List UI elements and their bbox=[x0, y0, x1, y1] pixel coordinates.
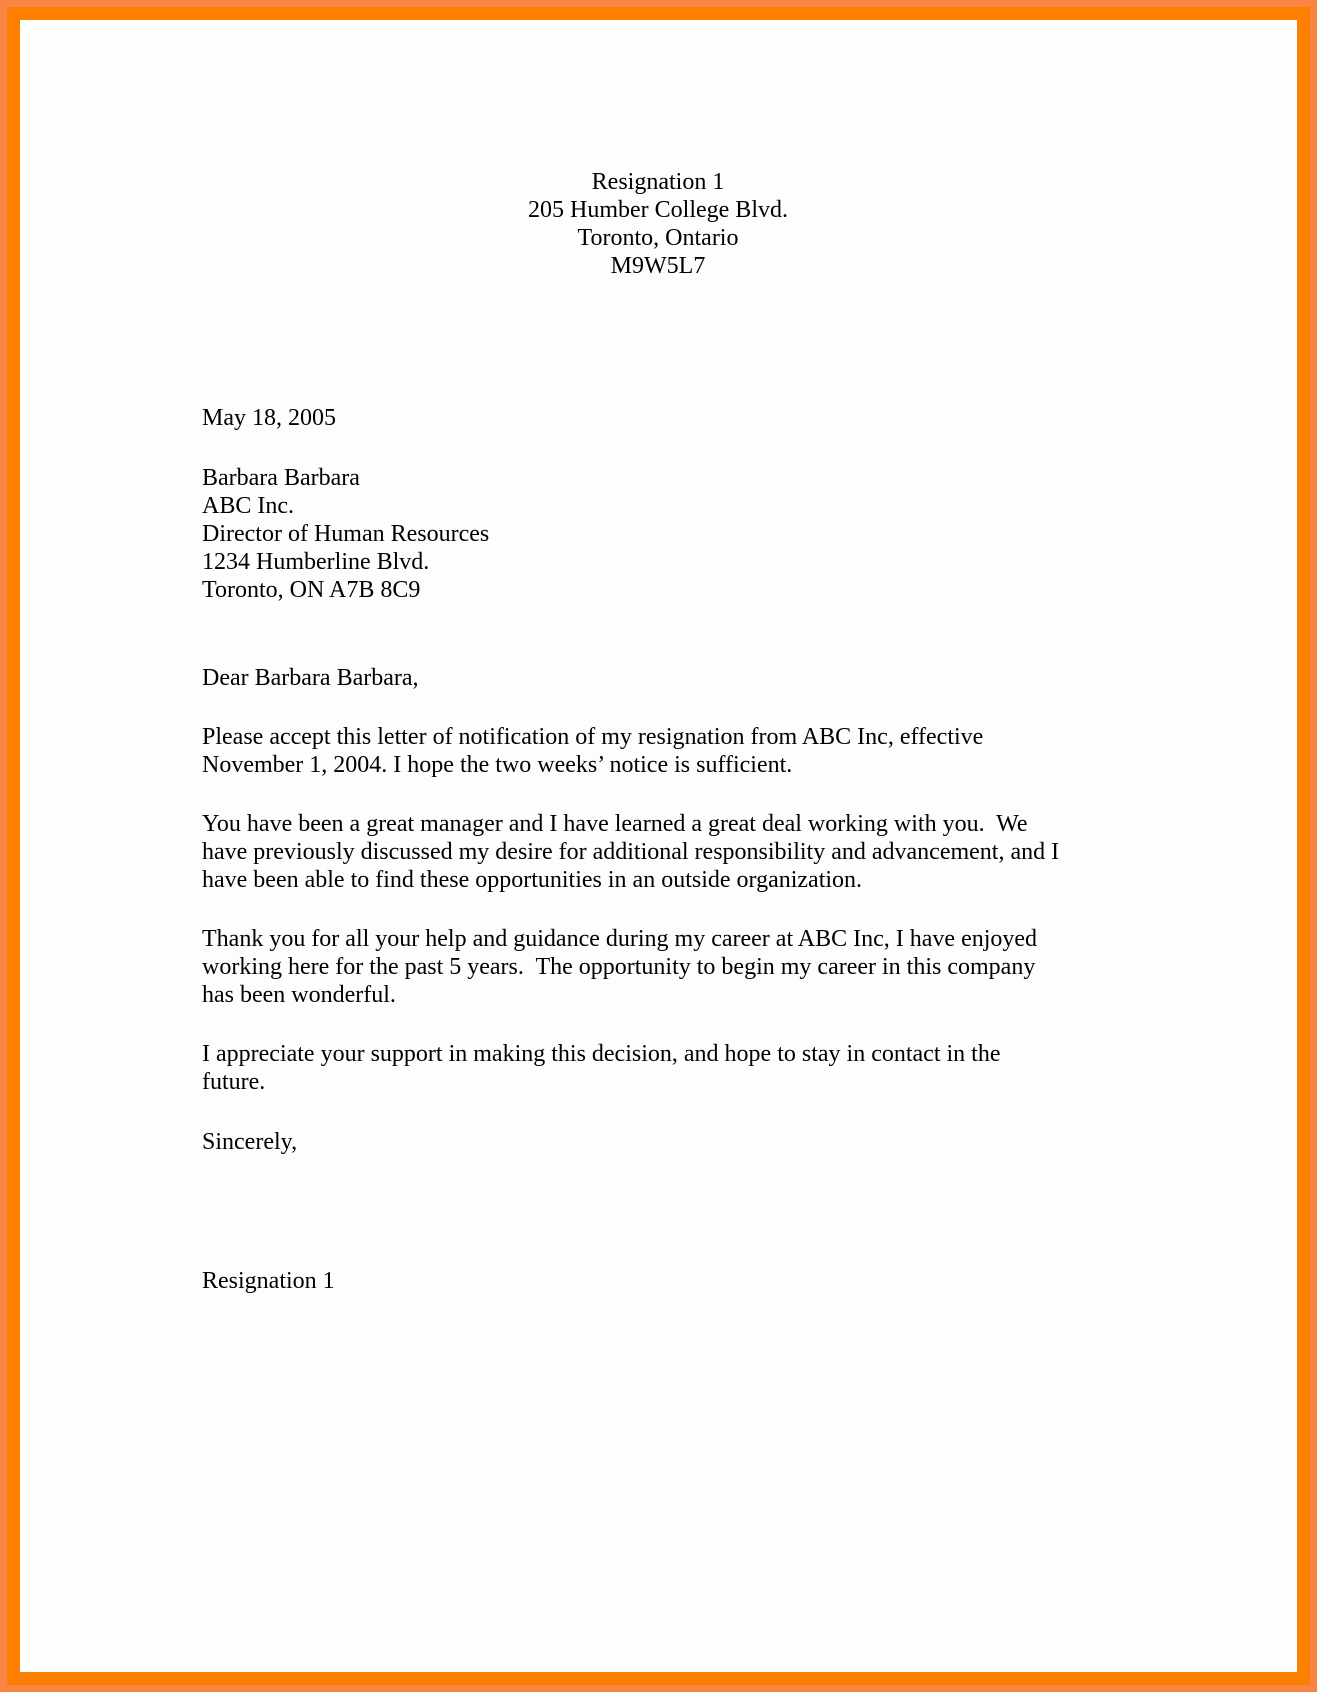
inner-border-frame: Resignation 1 205 Humber College Blvd. T… bbox=[7, 7, 1310, 1685]
outer-border-frame: Resignation 1 205 Humber College Blvd. T… bbox=[0, 0, 1317, 1692]
letter-content: Resignation 1 205 Humber College Blvd. T… bbox=[202, 168, 1114, 1295]
body-paragraph-3: Thank you for all your help and guidance… bbox=[202, 925, 1114, 1009]
sender-city: Toronto, Ontario bbox=[202, 224, 1114, 252]
paragraph-line: have been able to find these opportuniti… bbox=[202, 866, 1114, 894]
paragraph-line: You have been a great manager and I have… bbox=[202, 810, 1114, 838]
paragraph-line: have previously discussed my desire for … bbox=[202, 838, 1114, 866]
sender-street: 205 Humber College Blvd. bbox=[202, 196, 1114, 224]
sender-postal-code: M9W5L7 bbox=[202, 252, 1114, 280]
salutation-line: Dear Barbara Barbara, bbox=[202, 664, 1114, 692]
date-line: May 18, 2005 bbox=[202, 404, 1114, 432]
letter-page: Resignation 1 205 Humber College Blvd. T… bbox=[20, 20, 1297, 1672]
paragraph-line: Thank you for all your help and guidance… bbox=[202, 925, 1114, 953]
paragraph-line: working here for the past 5 years. The o… bbox=[202, 953, 1114, 981]
recipient-title: Director of Human Resources bbox=[202, 520, 1114, 548]
recipient-city-postal: Toronto, ON A7B 8C9 bbox=[202, 576, 1114, 604]
paragraph-line: November 1, 2004. I hope the two weeks’ … bbox=[202, 751, 1114, 779]
body-paragraph-4: I appreciate your support in making this… bbox=[202, 1040, 1114, 1096]
sender-name: Resignation 1 bbox=[202, 168, 1114, 196]
paragraph-line: future. bbox=[202, 1068, 1114, 1096]
paragraph-line: has been wonderful. bbox=[202, 981, 1114, 1009]
sender-address-block: Resignation 1 205 Humber College Blvd. T… bbox=[202, 168, 1114, 280]
recipient-address-block: Barbara Barbara ABC Inc. Director of Hum… bbox=[202, 464, 1114, 604]
closing-line: Sincerely, bbox=[202, 1128, 1114, 1156]
body-paragraph-2: You have been a great manager and I have… bbox=[202, 810, 1114, 894]
paragraph-line: I appreciate your support in making this… bbox=[202, 1040, 1114, 1068]
recipient-street: 1234 Humberline Blvd. bbox=[202, 548, 1114, 576]
body-paragraph-1: Please accept this letter of notificatio… bbox=[202, 723, 1114, 779]
signature-line: Resignation 1 bbox=[202, 1267, 1114, 1295]
paragraph-line: Please accept this letter of notificatio… bbox=[202, 723, 1114, 751]
recipient-company: ABC Inc. bbox=[202, 492, 1114, 520]
recipient-name: Barbara Barbara bbox=[202, 464, 1114, 492]
